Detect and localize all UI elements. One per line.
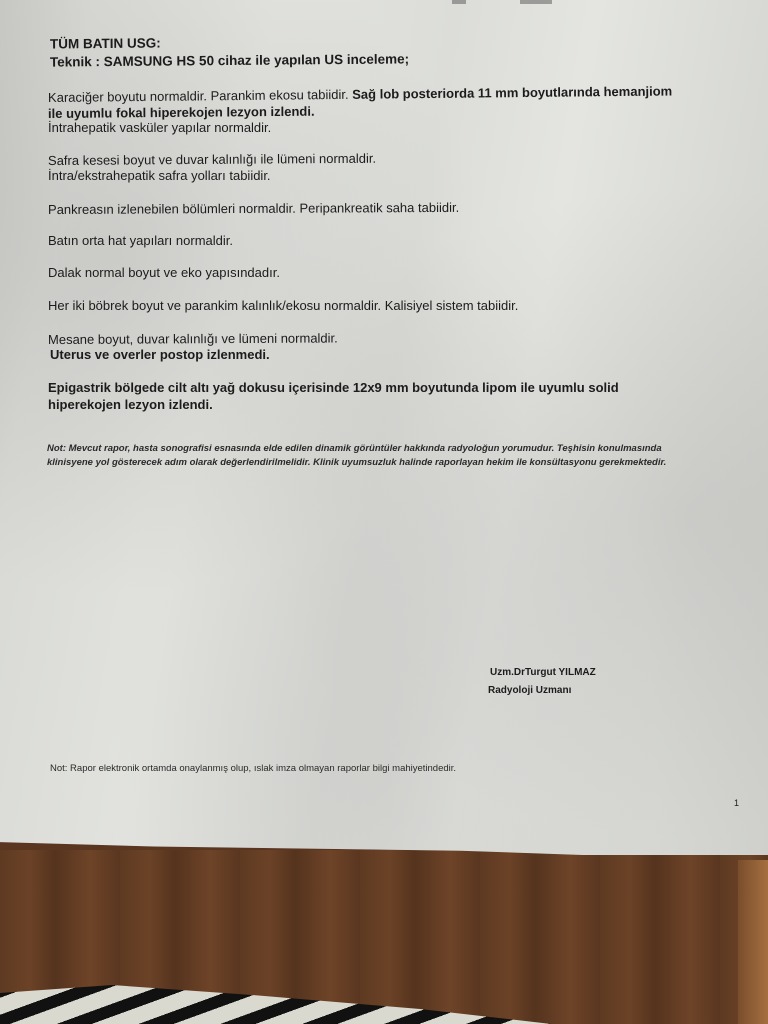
epigastric-finding-line2: hiperekojen lezyon izlendi. [48, 397, 213, 412]
liver-finding-line3: İntrahepatik vasküler yapılar normaldir. [48, 120, 271, 135]
epigastric-finding-line1: Epigastrik bölgede cilt altı yağ dokusu … [48, 380, 619, 395]
cut-text-fragment [520, 0, 552, 4]
signature-name: Uzm.DrTurgut YILMAZ [490, 667, 596, 678]
cut-text-fragment [452, 0, 466, 4]
kidneys-finding: Her iki böbrek boyut ve parankim kalınlı… [48, 298, 518, 313]
bladder-finding: Mesane boyut, duvar kalınlığı ve lümeni … [48, 330, 338, 347]
wooden-edge [738, 860, 768, 1024]
page-number: 1 [734, 798, 739, 808]
report-title: TÜM BATIN USG: [50, 36, 161, 52]
gallbladder-line2: İntra/ekstrahepatik safra yolları tabiid… [48, 168, 271, 183]
gallbladder-line1: Safra kesesi boyut ve duvar kalınlığı il… [48, 151, 376, 168]
liver-normal-text: Karaciğer boyutu normaldir. Parankim eko… [48, 87, 352, 105]
midline-finding: Batın orta hat yapıları normaldir. [48, 233, 233, 248]
disclaimer-note-line1: Not: Mevcut rapor, hasta sonografisi esn… [47, 443, 662, 454]
report-paper: TÜM BATIN USG: Teknik : SAMSUNG HS 50 ci… [0, 0, 768, 855]
liver-finding-line2: ile uyumlu fokal hiperekojen lezyon izle… [48, 104, 315, 121]
disclaimer-note-line2: klinisyene yol gösterecek adım olarak de… [47, 457, 666, 468]
signature-title: Radyoloji Uzmanı [488, 685, 571, 696]
uterus-finding: Uterus ve overler postop izlenmedi. [50, 347, 270, 362]
pancreas-finding: Pankreasın izlenebilen bölümleri normald… [48, 200, 459, 217]
technique-line: Teknik : SAMSUNG HS 50 cihaz ile yapılan… [50, 51, 409, 69]
spleen-finding: Dalak normal boyut ve eko yapısındadır. [48, 265, 280, 280]
electronic-approval-note: Not: Rapor elektronik ortamda onaylanmış… [50, 763, 456, 774]
